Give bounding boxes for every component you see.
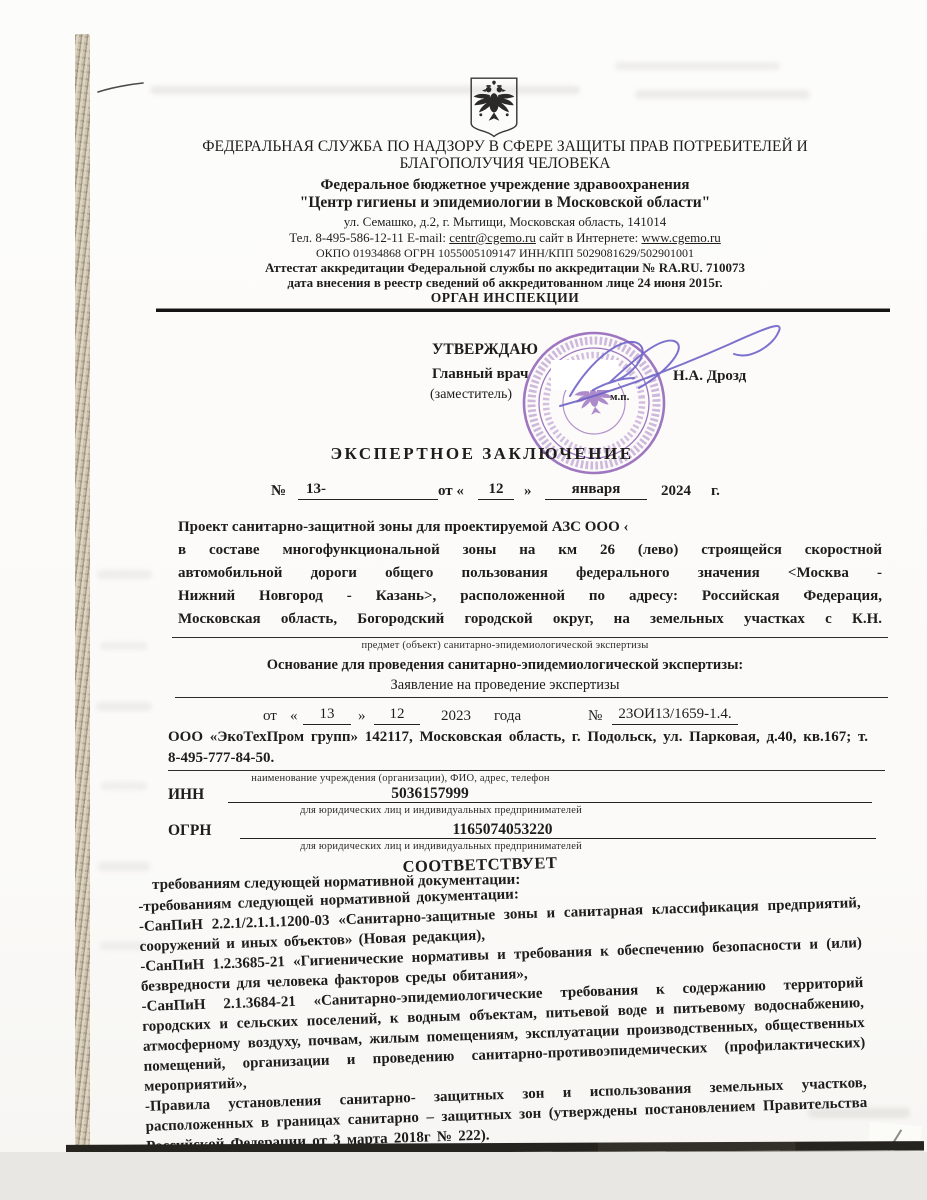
- subject-line: Проект санитарно-защитной зоны для проек…: [178, 519, 884, 536]
- bleedthrough-smudge: [96, 702, 152, 711]
- ogrn-caption: для юридических лиц и индивидуальных пре…: [226, 841, 656, 852]
- institution-type: Федеральное бюджетное учреждение здравоо…: [135, 176, 875, 194]
- basis-value: Заявление на проведение экспертизы: [135, 677, 875, 694]
- date-from-label: от «: [438, 483, 464, 500]
- document-day: 12: [478, 481, 514, 500]
- application-year-label: года: [494, 708, 521, 725]
- ogrn-value: 1165074053220: [395, 821, 610, 839]
- phone-email-label: Тел. 8-495-586-12-11 E-mail:: [289, 230, 449, 245]
- applicant-underline: [168, 770, 885, 771]
- signature: [538, 298, 800, 430]
- document-title: ЭКСПЕРТНОЕ ЗАКЛЮЧЕНИЕ: [112, 444, 852, 464]
- bleedthrough-smudge: [635, 90, 810, 99]
- email-link: centr@cgemo.ru: [449, 230, 536, 245]
- application-day: 13: [303, 706, 351, 725]
- subject-caption: предмет (объект) санитарно-эпидемиологич…: [135, 640, 875, 651]
- subject-line: в составе многофункциональной зоны на км…: [178, 542, 882, 559]
- bleedthrough-smudge: [615, 62, 780, 70]
- year-suffix: г.: [711, 483, 720, 500]
- scan-binding-edge: [75, 34, 90, 1146]
- russian-coat-of-arms-icon: [464, 76, 524, 138]
- bleedthrough-smudge: [98, 862, 150, 871]
- agency-name: ФЕДЕРАЛЬНАЯ СЛУЖБА ПО НАДЗОРУ В СФЕРЕ ЗА…: [175, 138, 835, 172]
- subject-line: Нижний Новгород - Казань>, расположенной…: [178, 588, 882, 605]
- accreditation-certificate: Аттестат аккредитации Федеральной службы…: [135, 260, 875, 276]
- approver-position-alt: (заместитель): [430, 387, 512, 403]
- number-label: №: [271, 483, 286, 500]
- bleedthrough-smudge: [97, 570, 152, 579]
- requirements-list: -требованиям следующей нормативной докум…: [138, 873, 868, 1157]
- inn-underline: [228, 782, 872, 803]
- scanned-document-page: ФЕДЕРАЛЬНАЯ СЛУЖБА ПО НАДЗОРУ В СФЕРЕ ЗА…: [0, 0, 927, 1200]
- application-year: 2023: [441, 708, 471, 725]
- seal-place-mark: м.п.: [610, 391, 629, 403]
- subject-line: автомобильной дороги общего пользования …: [178, 565, 882, 582]
- subject-underline: [172, 637, 888, 638]
- application-quote-open: «: [290, 708, 298, 725]
- ogrn-label: ОГРН: [168, 822, 211, 840]
- basis-heading: Основание для проведения санитарно-эпиде…: [135, 657, 875, 674]
- site-label: сайт в Интернете:: [536, 230, 642, 245]
- inn-value: 5036157999: [330, 785, 530, 803]
- application-number: 23ОИ13/1659-1.4.: [612, 706, 738, 725]
- contacts-line: Тел. 8-495-586-12-11 E-mail: centr@cgemo…: [135, 230, 875, 246]
- basis-underline: [175, 697, 888, 698]
- document-number: 13-: [298, 481, 438, 500]
- document-year: 2024: [661, 483, 691, 500]
- institution-address: ул. Семашко, д.2, г. Мытищи, Московская …: [135, 214, 875, 230]
- subject-line: Московская область, Богородский городско…: [178, 611, 882, 628]
- application-month: 12: [374, 706, 420, 725]
- inn-caption: для юридических лиц и индивидуальных пре…: [226, 805, 656, 816]
- inn-label: ИНН: [168, 786, 204, 804]
- institution-name: "Центр гигиены и эпидемиологии в Московс…: [135, 194, 875, 213]
- accreditation-date: дата внесения в реестр сведений об аккре…: [135, 275, 875, 291]
- application-quote-close: »: [358, 708, 366, 725]
- registry-codes: ОКПО 01934868 ОГРН 1055005109147 ИНН/КПП…: [135, 246, 875, 261]
- pen-mark: [96, 78, 146, 96]
- website-link: www.cgemo.ru: [641, 230, 720, 245]
- application-from-label: от: [263, 708, 277, 725]
- application-no-label: №: [588, 708, 602, 725]
- quote-close: »: [524, 483, 532, 500]
- applicant-organization: ООО «ЭкоТехПром групп» 142117, Московска…: [168, 727, 868, 769]
- document-month: января: [545, 481, 647, 500]
- bleedthrough-smudge: [101, 782, 147, 790]
- scanner-background: [0, 1152, 927, 1200]
